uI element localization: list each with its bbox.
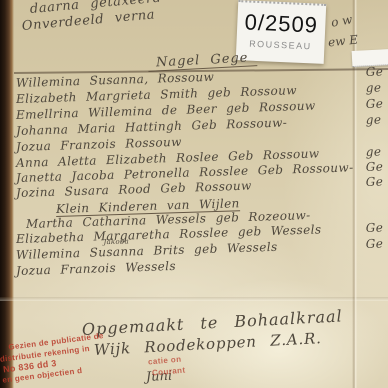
horizontal-crease	[0, 297, 388, 301]
entry-right-fragment: Ge	[366, 96, 384, 111]
scanned-document-page: daarna getaxeerd Onverdeeld verna o w ew…	[0, 0, 388, 388]
entry-right-fragment: Ge	[366, 64, 384, 79]
entry-right-fragment: Ge	[366, 220, 384, 235]
entry-right-fragment: Ge	[366, 159, 384, 174]
entry-right-fragment: ge	[366, 145, 382, 159]
entry-right-fragment: Ge	[366, 174, 384, 189]
stamp-fragment-2: Courant	[152, 366, 186, 378]
entry-right-fragment: Ge	[366, 236, 384, 251]
interlined-word: Jakoba	[103, 237, 129, 246]
entry-right-fragment: ge	[366, 113, 382, 127]
stamp-fragment-1: catie on	[148, 355, 182, 367]
label-number: 0/2509	[237, 9, 326, 39]
handwriting-fragment-top-right-1: o w	[330, 12, 353, 29]
entry-right-fragment: ge	[366, 81, 382, 95]
book-binding-edge	[0, 0, 14, 388]
